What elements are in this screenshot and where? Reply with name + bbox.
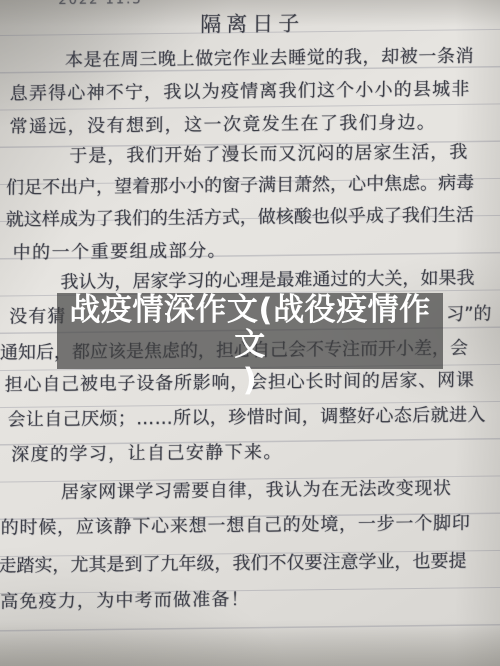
handwriting-line: 息弄得心神不宁，我以为疫情离我们这个小小的县城非 (10, 75, 471, 106)
handwriting-line: 就这样成为了我们的生活方式，做核酸也似乎成了我们生活 (6, 201, 474, 232)
handwriting-line: 于是，我们开始了漫长而又沉闷的居家生活，我 (69, 138, 468, 168)
handwriting-line: 中的一个重要组成部分。 (13, 236, 228, 264)
overlay-title-line1: 战疫情深作文(战役疫情作文 (57, 293, 443, 363)
handwriting-line: 会让自己厌烦；……所以，珍惜时间，调整好心态后就进入 (7, 401, 486, 432)
handwriting-line: 我认为，居家学习的心理是最难通过的大关，如果我 (60, 264, 474, 294)
handwriting-line: 的时候，应该静下心来想一想自己的处境，一步一个脚印 (1, 509, 471, 540)
handwriting-line: 们足不出户，望着那小小的窗子满目萧然，心中焦虑。病毒 (6, 169, 474, 200)
photo-of-handwritten-essay: 2022 11.3 隔离日子 本是在周三晚上做完作业去睡觉的我，却被一条消 息弄… (0, 0, 500, 666)
overlay-title-line2: ) (57, 363, 443, 397)
corner-date-note: 2022 11.3 (58, 0, 142, 8)
handwriting-line: 走踏实，尤其是到了九年级，我们不仅要注意学业，也要提 (0, 547, 466, 578)
essay-title: 隔离日子 (2, 5, 500, 40)
handwriting-line: 本是在周三晚上做完作业去睡觉的我，却被一条消 (65, 42, 474, 72)
title-overlay-banner: 战疫情深作文(战役疫情作文 ) (57, 293, 443, 369)
handwriting-line: 居家网课学习需要自律，我认为在无法改变现状 (61, 474, 452, 504)
handwriting-line: 常遥远，没有想到，这一次竟发生在了我们身边。 (9, 108, 436, 138)
handwriting-line-occluded-right: 习”的 (446, 299, 492, 325)
handwriting-line: 深度的学习，让自己安静下来。 (11, 438, 283, 467)
handwriting-line: 高免疫力，为中考而做准备！ (0, 585, 250, 614)
